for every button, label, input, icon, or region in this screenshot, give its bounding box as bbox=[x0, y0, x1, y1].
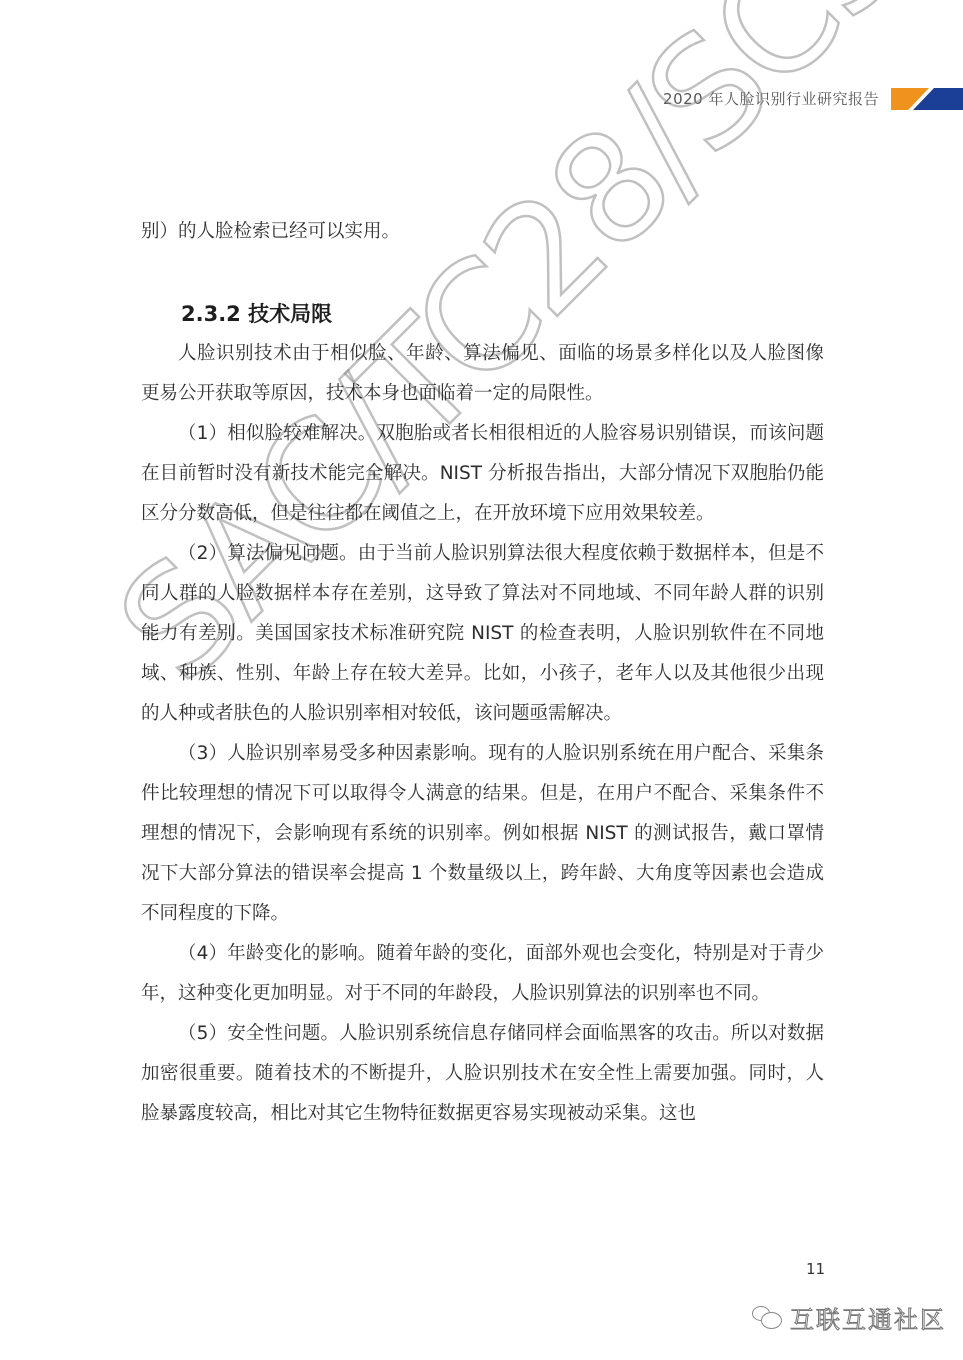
chat-bubbles-icon bbox=[752, 1306, 782, 1330]
point-paragraph-5: （5）安全性问题。人脸识别系统信息存储同样会面临黑客的攻击。所以对数据加密很重要… bbox=[141, 1014, 824, 1134]
report-title: 2020 年人脸识别行业研究报告 bbox=[663, 88, 879, 110]
point-paragraph-2: （2）算法偏见问题。由于当前人脸识别算法很大程度依赖于数据样本，但是不同人群的人… bbox=[141, 534, 824, 734]
section-heading: 2.3.2 技术局限 bbox=[141, 294, 824, 334]
carryover-paragraph: 别）的人脸检索已经可以实用。 bbox=[141, 212, 824, 252]
page-number: 11 bbox=[806, 1260, 825, 1278]
point-paragraph-1: （1）相似脸较难解决。双胞胎或者长相很相近的人脸容易识别错误，而该问题在目前暂时… bbox=[141, 414, 824, 534]
brand-name: 互联互通社区 bbox=[790, 1300, 946, 1335]
intro-paragraph: 人脸识别技术由于相似脸、年龄、算法偏见、面临的场景多样化以及人脸图像更易公开获取… bbox=[141, 334, 824, 414]
page-header: 2020 年人脸识别行业研究报告 bbox=[663, 88, 963, 110]
point-paragraph-3: （3）人脸识别率易受多种因素影响。现有的人脸识别系统在用户配合、采集条件比较理想… bbox=[141, 734, 824, 934]
point-paragraph-4: （4）年龄变化的影响。随着年龄的变化，面部外观也会变化，特别是对于青少年，这种变… bbox=[141, 934, 824, 1014]
header-color-band bbox=[891, 88, 963, 110]
document-body: 别）的人脸检索已经可以实用。 2.3.2 技术局限 人脸识别技术由于相似脸、年龄… bbox=[141, 212, 824, 1134]
brand-watermark: 互联互通社区 bbox=[752, 1300, 946, 1335]
